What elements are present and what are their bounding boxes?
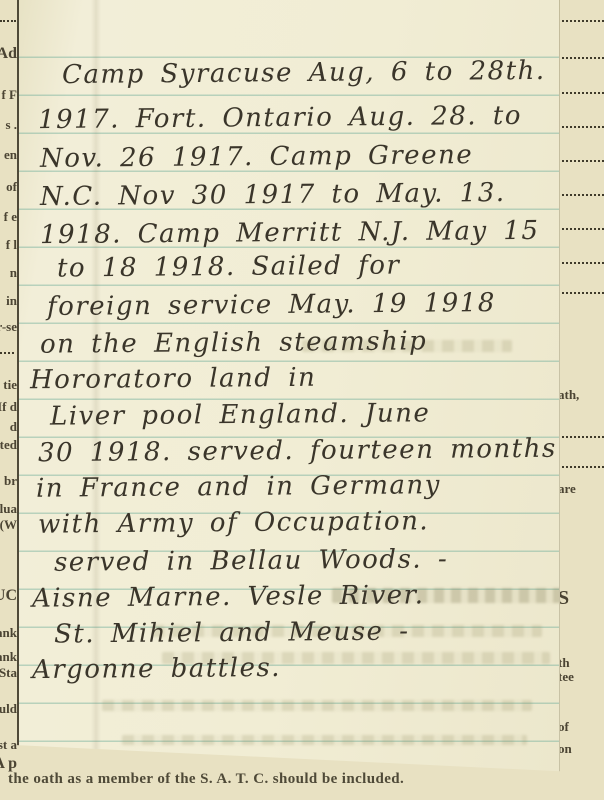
dotted-line [557, 466, 604, 468]
handwriting-line: foreign service May. 19 1918 [47, 288, 496, 322]
form-fragment: on [558, 742, 572, 755]
dotted-line [557, 160, 604, 162]
form-fragment: f e [4, 210, 17, 223]
form-fragment: tie [3, 378, 17, 391]
form-fragment: SUC [0, 588, 17, 604]
form-fragment: n [10, 266, 17, 279]
form-fragment: d [10, 420, 17, 433]
form-fragment: en [4, 148, 17, 161]
dotted-line [557, 92, 604, 94]
form-fragment: If d [0, 400, 17, 413]
dotted-line [557, 292, 604, 294]
handwriting-line: served in Bellau Woods. - [54, 544, 448, 577]
handwriting-line: St. Mihiel and Meuse - [54, 616, 410, 649]
bottom-print-line: the oath as a member of the S. A. T. C. … [8, 771, 404, 788]
handwriting-line: to 18 1918. Sailed for [57, 251, 401, 284]
form-fragment: ted [0, 438, 17, 451]
note-sheet: Camp Syracuse Aug, 6 to 28th. 1917. Fort… [17, 0, 560, 780]
form-fragment: are [558, 482, 576, 495]
form-fragment: f l [6, 238, 17, 251]
form-fragment: ank [0, 650, 17, 663]
form-fragment: of [6, 180, 17, 193]
dotted-line [0, 20, 16, 22]
handwriting-line: Liver pool England. June [50, 398, 431, 431]
handwriting-line: Hororatoro land in [30, 363, 317, 395]
dotted-line [557, 57, 604, 59]
handwriting-line: with Army of Occupation. [38, 506, 429, 539]
form-fragment: tee [558, 670, 574, 683]
form-fragment: r-se [0, 320, 17, 333]
handwriting-line: in France and in Germany [36, 470, 441, 504]
dotted-line [557, 194, 604, 196]
handwriting-line: 1917. Fort. Ontario Aug. 28. to [38, 101, 522, 135]
dotted-line [0, 352, 14, 354]
form-fragment: in [6, 294, 17, 307]
form-fragment: f F [1, 88, 17, 101]
form-fragment: Ad [0, 46, 17, 62]
form-fragment: s . [5, 118, 17, 131]
form-fragment: ank [0, 626, 17, 639]
handwriting-line: Camp Syracuse Aug, 6 to 28th. [62, 56, 546, 90]
dotted-line [557, 20, 604, 22]
ghost-text [102, 700, 532, 711]
form-fragment: lua [0, 502, 17, 515]
form-fragment: A p [0, 756, 17, 772]
form-fragment: uld [0, 702, 17, 715]
form-fragment: ath, [558, 388, 579, 401]
form-fragment: br [4, 474, 17, 487]
handwriting-line: Aisne Marne. Vesle River. [32, 580, 425, 613]
handwriting-line: 1918. Camp Merritt N.J. May 15 [40, 216, 540, 250]
handwriting-line: Nov. 26 1917. Camp Greene [40, 140, 473, 174]
handwriting-line: Argonne battles. [32, 653, 281, 685]
form-fragment: (W [0, 518, 17, 531]
form-fragment: st a [0, 738, 17, 751]
dotted-line [557, 436, 604, 438]
dotted-line [557, 262, 604, 264]
dotted-line [557, 228, 604, 230]
form-fragment: Sta [0, 666, 17, 679]
ghost-text [122, 735, 527, 745]
handwriting-line: N.C. Nov 30 1917 to May. 13. [40, 178, 506, 212]
scanned-document: Ad f F s . en of f e f l n in r-se tie I… [0, 0, 604, 800]
dotted-line [557, 126, 604, 128]
handwriting-line: 30 1918. served. fourteen months [38, 434, 557, 469]
handwriting-line: on the English steamship [40, 326, 427, 359]
